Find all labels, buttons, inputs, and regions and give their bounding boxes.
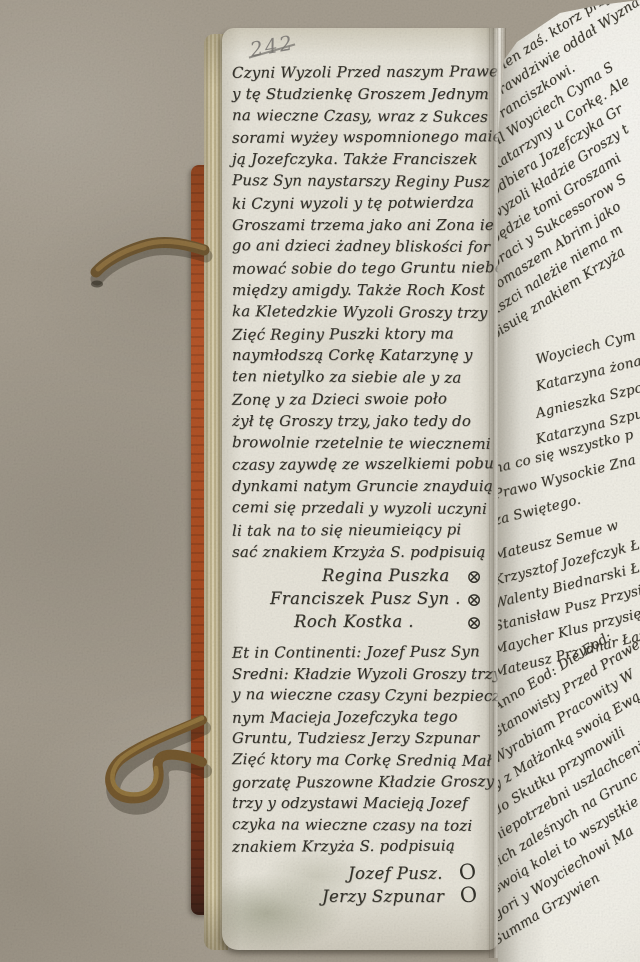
manuscript-line: y na wieczne czasy Czyni bezpiecz bbox=[232, 684, 494, 707]
signature-name: Jerzy Szpunar bbox=[322, 887, 444, 906]
manuscript-line: li tak na to się nieumieiący pi bbox=[232, 519, 494, 542]
signature-name: Franciszek Pusz Syn . bbox=[270, 589, 461, 608]
witness-signature-row: Roch Kostka .⊗ bbox=[222, 612, 498, 635]
manuscript-line: Zięć ktory ma Corkę Srednią Mał bbox=[232, 749, 494, 772]
manuscript-line: Czyni Wyzoli Przed naszym Prawem bbox=[232, 61, 494, 84]
witness-signature-row: Regina Puszka⊗ bbox=[222, 566, 498, 589]
manuscript-line: Sredni: Kładzie Wyzoli Groszy trzy bbox=[232, 664, 494, 686]
signature-mark: ⊗ bbox=[466, 612, 482, 634]
manuscript-line: nym Macieja Jozefczyka tego bbox=[232, 706, 494, 729]
signature-mark: O bbox=[459, 882, 479, 908]
signature-name: Regina Puszka bbox=[322, 566, 450, 585]
manuscript-line: czyka na wieczne czasy na tozi bbox=[232, 814, 494, 837]
manuscript-line: Et in Continenti: Jozef Pusz Syn bbox=[232, 641, 494, 664]
signature-mark: ⊗ bbox=[466, 566, 482, 588]
manuscript-text-block: Czyni Wyzoli Przed naszym Prawemy tę Stu… bbox=[232, 62, 494, 563]
manuscript-line: Gruntu, Tudziesz Jerzy Szpunar bbox=[232, 728, 494, 750]
manuscript-line: naymłodszą Corkę Katarzynę y bbox=[232, 345, 494, 367]
manuscript-line: ją Jozefczyka. Także Franciszek bbox=[232, 149, 494, 171]
photo-of-open-manuscript-book: 242 Czyni Wyzoli Przed naszym Prawemy tę… bbox=[0, 0, 640, 962]
manuscript-line: żył tę Groszy trzy, jako tedy do bbox=[232, 411, 494, 433]
manuscript-line: znakiem Krzyża S. podpisuią bbox=[232, 836, 494, 859]
tie-shadow-spot bbox=[91, 281, 103, 288]
witness-signatures: Regina Puszka⊗Franciszek Pusz Syn .⊗Roch… bbox=[222, 566, 498, 635]
signature-name: Roch Kostka . bbox=[294, 612, 414, 631]
manuscript-line: Zonę y za Dzieci swoie poło bbox=[232, 388, 494, 411]
manuscript-text-block-continued: Et in Continenti: Jozef Pusz SynSredni: … bbox=[232, 642, 494, 858]
leather-tie-upper bbox=[91, 241, 206, 287]
manuscript-line: ten nietylko za siebie ale y za bbox=[232, 366, 494, 390]
manuscript-line: cemi się przedali y wyzoli uczyni bbox=[232, 497, 494, 521]
manuscript-line: na wieczne Czasy, wraz z Sukces bbox=[232, 105, 494, 129]
manuscript-line: gorzatę Puszowne Kładzie Groszy bbox=[232, 771, 494, 794]
signature-mark: ⊗ bbox=[466, 589, 482, 611]
party-signature-row: Jozef Pusz.O bbox=[222, 860, 498, 883]
manuscript-line: Pusz Syn naystarszy Reginy Pusz bbox=[232, 170, 494, 194]
manuscript-line: Groszami trzema jako ani Zona ie bbox=[232, 215, 494, 237]
witness-signature-row: Franciszek Pusz Syn .⊗ bbox=[222, 589, 498, 612]
manuscript-line: y tę Studzienkę Groszem Jednym bbox=[232, 84, 494, 106]
manuscript-line: między amigdy. Także Roch Kost bbox=[232, 280, 494, 302]
manuscript-line: dynkami natym Gruncie znayduią bbox=[232, 476, 494, 498]
party-signature-row: Jerzy SzpunarO bbox=[222, 883, 498, 906]
party-signatures: Jozef Pusz.OJerzy SzpunarO bbox=[222, 860, 498, 906]
manuscript-line: sorami wyżey wspomnionego maie bbox=[232, 127, 494, 150]
signature-name: Jozef Pusz. bbox=[348, 864, 443, 883]
manuscript-line: mować sobie do tego Gruntu niebędą bbox=[232, 257, 494, 280]
manuscript-right-page: et in Continenti: JPuszka od Macieia Joz… bbox=[498, 0, 640, 962]
manuscript-line: ki Czyni wyzoli y tę potwierdza bbox=[232, 192, 494, 215]
manuscript-line: ka Kletedzkie Wyzoli Groszy trzy bbox=[232, 301, 494, 325]
manuscript-line: czasy zaywdę ze wszelkiemi pobu bbox=[232, 454, 494, 477]
manuscript-line: browolnie rzetelnie te wiecznemi bbox=[232, 432, 494, 456]
manuscript-line: sać znakiem Krzyża S. podpisuią bbox=[232, 542, 494, 564]
manuscript-left-page: 242 Czyni Wyzoli Przed naszym Prawemy tę… bbox=[222, 28, 498, 950]
manuscript-line: go ani dzieci żadney bliskości for bbox=[232, 235, 494, 259]
manuscript-line: trzy y odzystawi Macieją Jozef bbox=[232, 793, 494, 815]
manuscript-line: Zięć Reginy Puszki ktory ma bbox=[232, 323, 494, 346]
